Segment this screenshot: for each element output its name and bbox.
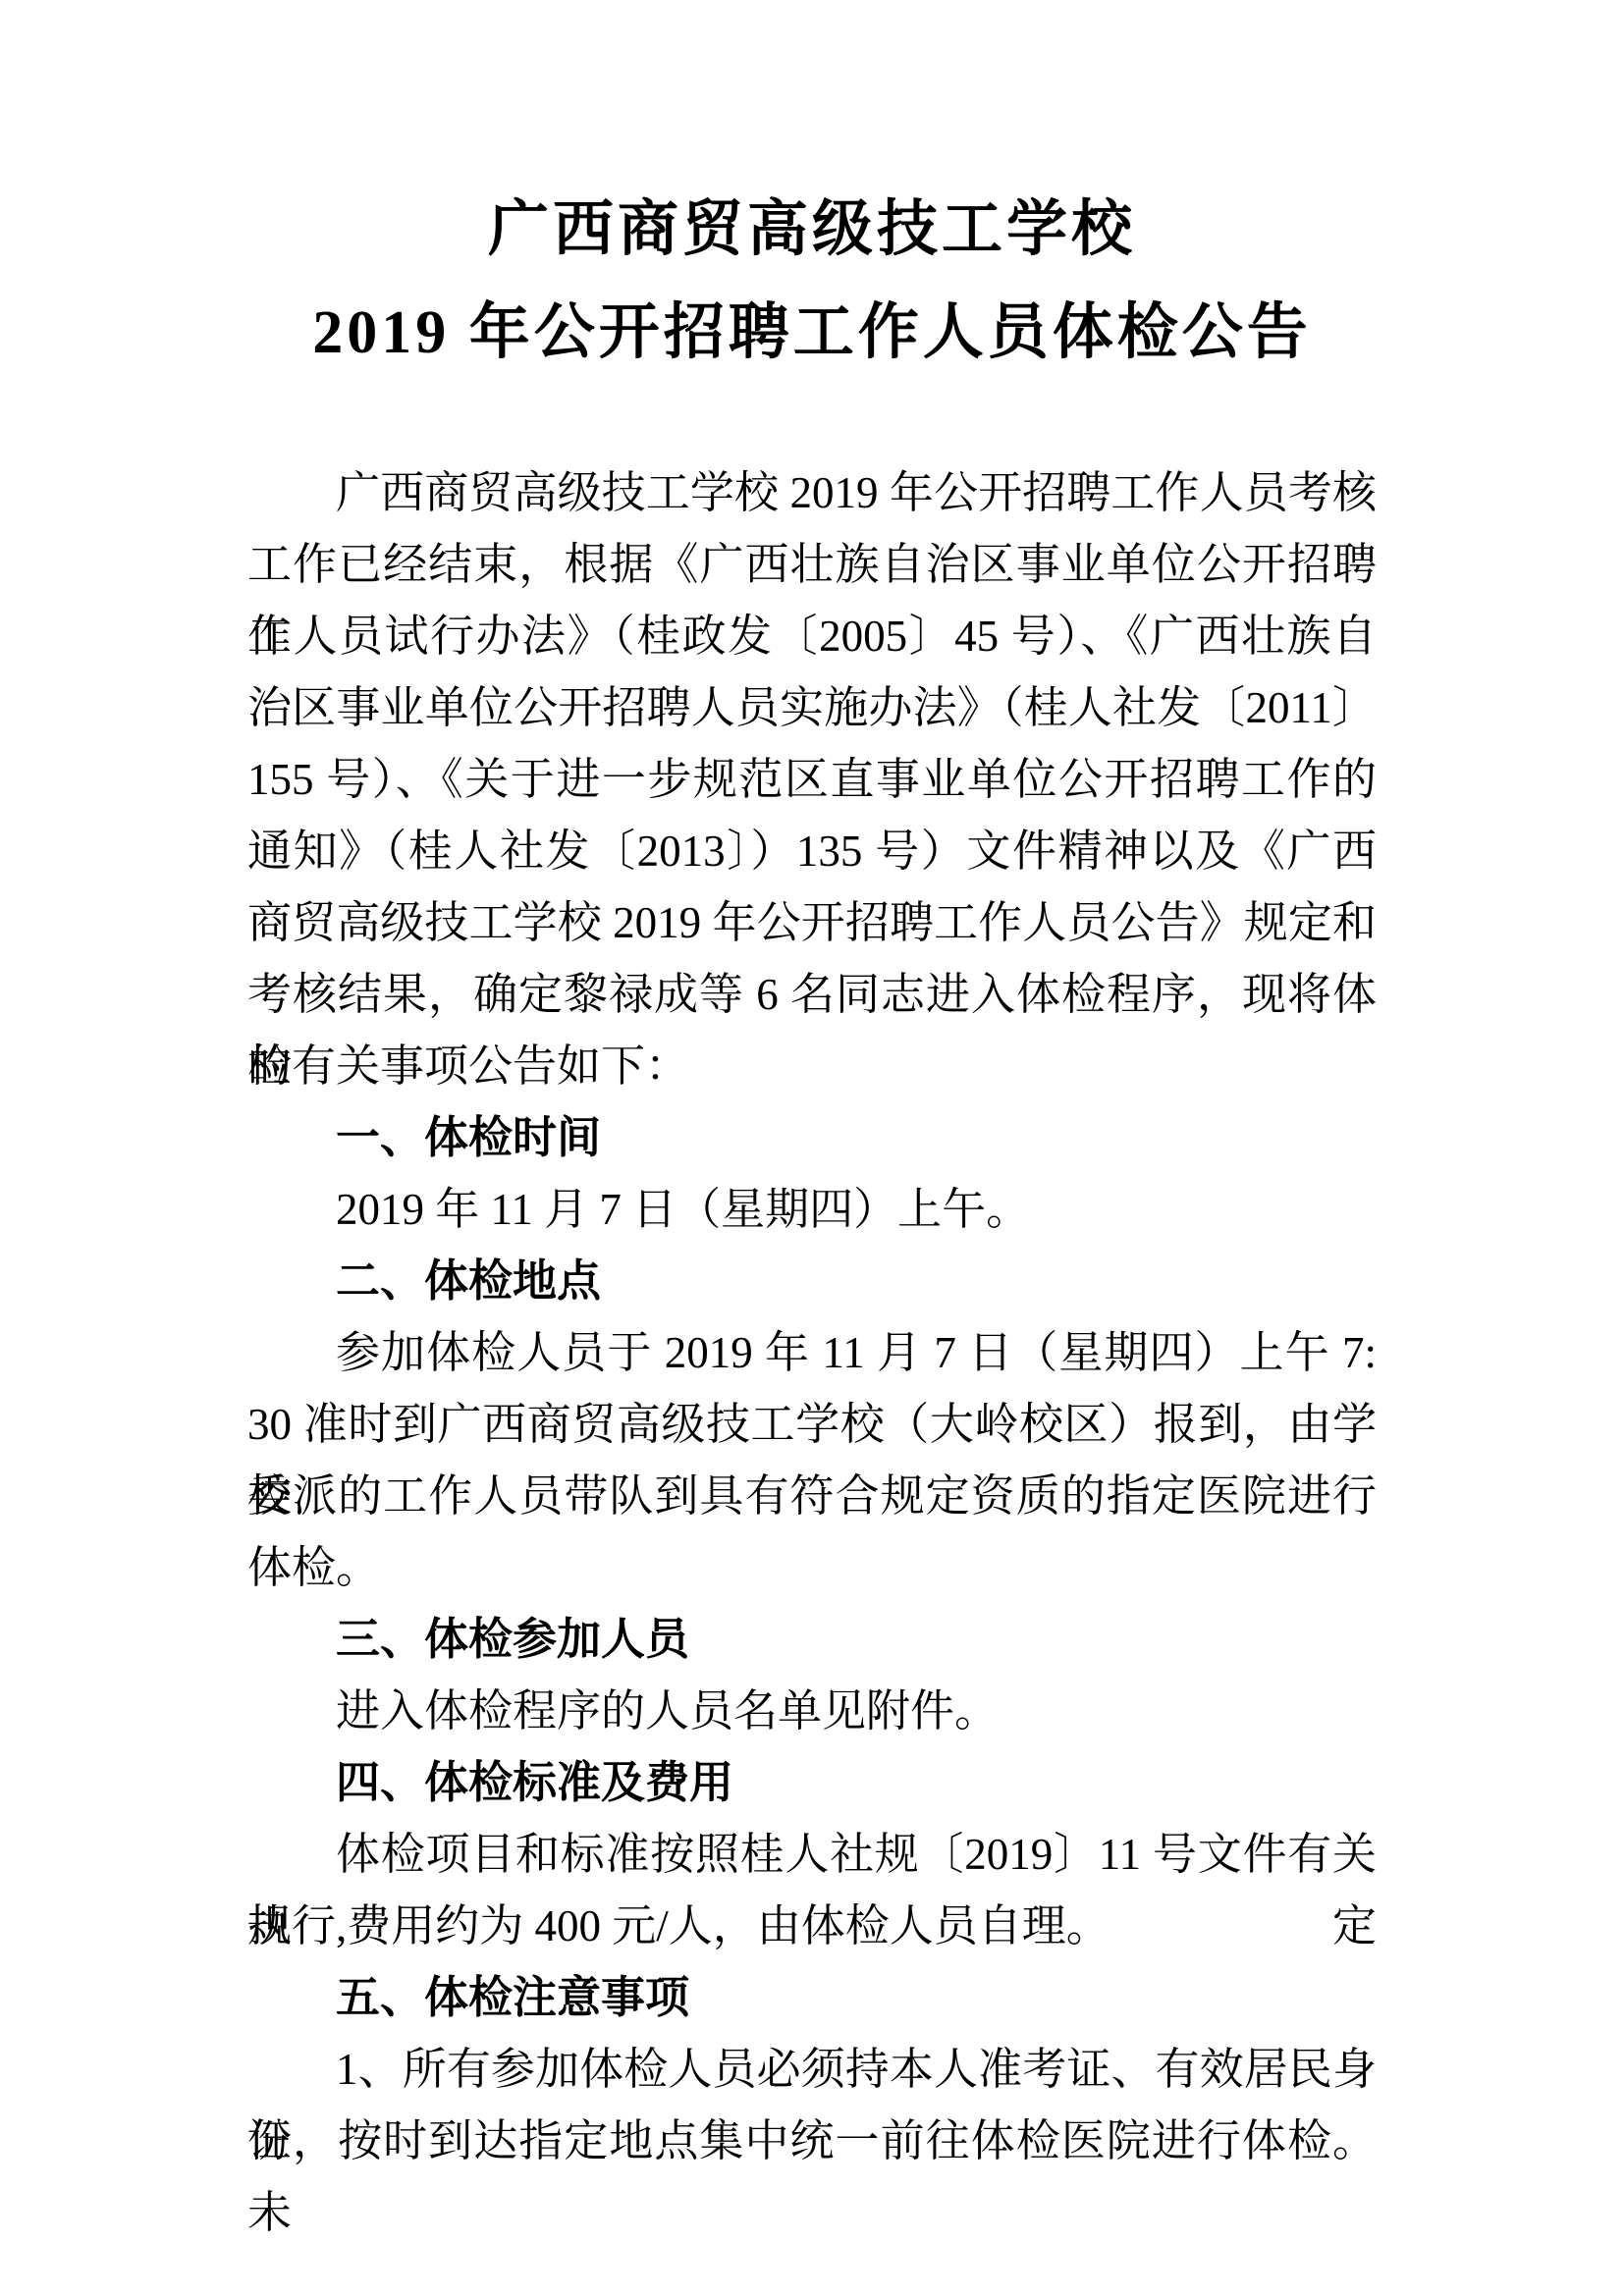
paragraph-line: 体检。 (247, 1532, 1377, 1604)
document-title-line1: 广西商贸高级技工学校 (247, 179, 1377, 282)
section-heading-5: 五、体检注意事项 (247, 1962, 1377, 2034)
paragraph-line: 155 号）、《关于进一步规范区直事业单位公开招聘工作的 (247, 744, 1377, 816)
paragraph-line: 通知》（桂人社发〔2013〕）135 号）文件精神以及《广西 (247, 816, 1377, 887)
document-title: 广西商贸高级技工学校 2019 年公开招聘工作人员体检公告 (247, 179, 1377, 385)
document-body: 广西商贸高级技工学校 2019 年公开招聘工作人员考核 工作已经结束，根据《广西… (247, 457, 1377, 2177)
section-heading-1: 一、体检时间 (247, 1102, 1377, 1174)
paragraph-line: 考核结果，确定黎禄成等 6 名同志进入体检程序，现将体检 (247, 959, 1377, 1031)
paragraph-line: 商贸高级技工学校 2019 年公开招聘工作人员公告》规定和 (247, 887, 1377, 959)
paragraph-line: 参加体检人员于 2019 年 11 月 7 日（星期四）上午 7: (247, 1317, 1377, 1389)
paragraph-line: 进入体检程序的人员名单见附件。 (247, 1676, 1377, 1747)
paragraph-line: 工作已经结束，根据《广西壮族自治区事业单位公开招聘工 (247, 529, 1377, 601)
section-heading-3: 三、体检参加人员 (247, 1604, 1377, 1676)
section-heading-4: 四、体检标准及费用 (247, 1747, 1377, 1819)
paragraph-line: 2019 年 11 月 7 日（星期四）上午。 (247, 1174, 1377, 1246)
paragraph-line: 30 准时到广西商贸高级技工学校（大岭校区）报到，由学校 (247, 1389, 1377, 1461)
paragraph-line: 治区事业单位公开招聘人员实施办法》（桂人社发〔2011〕 (247, 672, 1377, 744)
paragraph-line: 广西商贸高级技工学校 2019 年公开招聘工作人员考核 (247, 457, 1377, 529)
paragraph-line: 作人员试行办法》（桂政发〔2005〕45 号）、《广西壮族自 (247, 601, 1377, 672)
section-heading-2: 二、体检地点 (247, 1246, 1377, 1317)
paragraph-line: 的有关事项公告如下： (247, 1031, 1377, 1102)
document-page: 广西商贸高级技工学校 2019 年公开招聘工作人员体检公告 广西商贸高级技工学校… (0, 0, 1624, 2296)
document-title-line2: 2019 年公开招聘工作人员体检公告 (247, 282, 1377, 385)
paragraph-line: 1、所有参加体检人员必须持本人准考证、有效居民身份 (247, 2034, 1377, 2106)
paragraph-line: 委派的工作人员带队到具有符合规定资质的指定医院进行 (247, 1461, 1377, 1532)
paragraph-line: 证，按时到达指定地点集中统一前往体检医院进行体检。未 (247, 2106, 1377, 2177)
paragraph-line: 体检项目和标准按照桂人社规〔2019〕11 号文件有关规定 (247, 1819, 1377, 1891)
